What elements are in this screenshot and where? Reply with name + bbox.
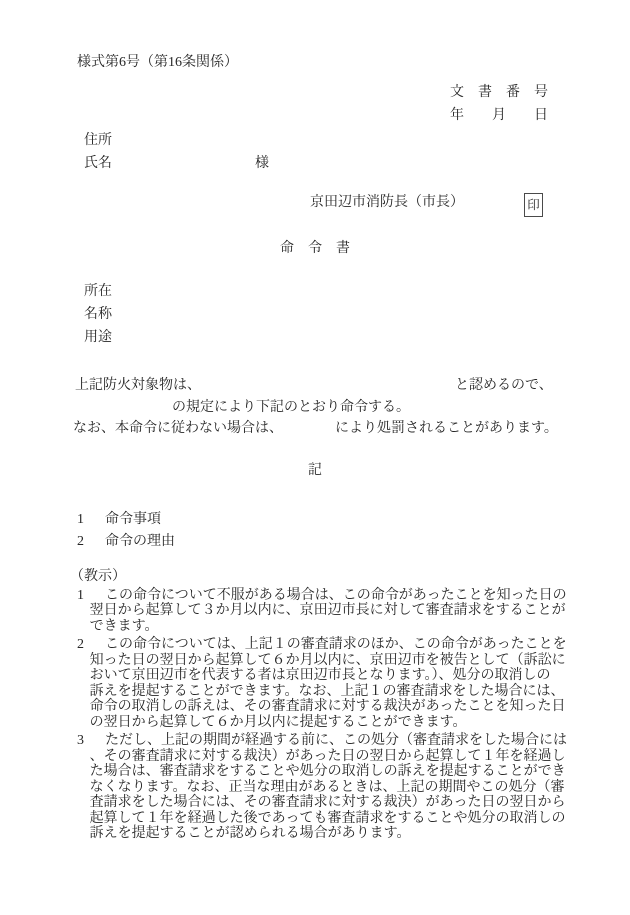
recipient-name-label: 氏名 — [84, 156, 112, 171]
kyoji-item-3-line-6: 起算して１年を経過した後であっても審査請求をすることや処分の取消しの — [77, 811, 567, 827]
kyoji-item-3-line-5: 査請求をした場合には、その審査請求に対する裁決）があった日の翌日から — [77, 795, 567, 811]
date-line: 年 月 日 — [450, 108, 548, 123]
issuer-title: 京田辺市消防長（市長） — [310, 195, 464, 210]
property-location-label: 所在 — [84, 284, 112, 299]
kyoji-item-3-line-3: た場合は、審査請求をすることや処分の取消しの訴えを提起することができ — [77, 764, 567, 780]
kyoji-item-number: 1 — [77, 588, 105, 604]
document-number-label: 文 書 番 号 — [450, 85, 548, 100]
recipient-address-label: 住所 — [84, 133, 112, 148]
kyoji-item-3-line-4: なくなります。なお、正当な理由があるときは、上記の期間やこの処分（審 — [77, 780, 567, 796]
finding-sentence-left: 上記防火対象物は、 — [75, 378, 201, 393]
kyoji-item-2-line-5: 命令の取消しの訴えは、その審査請求に対する裁決があったことを知った日 — [77, 699, 567, 715]
kyoji-item-2-line-6: の翌日から起算して６か月以内に提起することができます。 — [77, 715, 567, 731]
kyoji-item-2: 2この命令については、上記１の審査請求のほか、この命令があったことを知った日の翌… — [77, 637, 567, 730]
order-document-page: 様式第6号（第16条関係） 文 書 番 号 年 月 日 住所 氏名 様 京田辺市… — [0, 0, 630, 915]
order-item-list: 1命令事項2命令の理由 — [77, 509, 175, 553]
penalty-sentence-right: により処罰されることがあります。 — [335, 421, 558, 436]
kyoji-item-1-line-3: できます。 — [77, 619, 567, 635]
order-item: 2命令の理由 — [77, 531, 175, 553]
provision-sentence: の規定により下記のとおり命令する。 — [172, 400, 410, 415]
kyoji-item-1: 1この命令について不服がある場合は、この命令があったことを知った日の翌日から起算… — [77, 588, 567, 635]
kyoji-section: （教示） 1この命令について不服がある場合は、この命令があったことを知った日の翌… — [77, 569, 567, 842]
property-usage-label: 用途 — [84, 330, 112, 345]
form-number-label: 様式第6号（第16条関係） — [77, 55, 238, 70]
document-title: 命 令 書 — [0, 241, 630, 256]
kyoji-item-2-line-4: 訴えを提起することができます。なお、上記１の審査請求をした場合には、 — [77, 684, 567, 700]
kyoji-item-1-line-2: 翌日から起算して３か月以内に、京田辺市長に対して審査請求をすることが — [77, 603, 567, 619]
kyoji-item-2-line-1: 2この命令については、上記１の審査請求のほか、この命令があったことを — [77, 637, 567, 653]
kyoji-item-1-line-1: 1この命令について不服がある場合は、この命令があったことを知った日の — [77, 588, 567, 604]
recipient-honorific: 様 — [255, 156, 269, 171]
finding-sentence-right: と認めるので、 — [455, 378, 553, 393]
penalty-sentence-left: なお、本命令に従わない場合は、 — [73, 421, 283, 436]
kyoji-item-number: 3 — [77, 733, 105, 749]
kyoji-item-2-line-3: おいて京田辺市を代表する者は京田辺市長となります。）、処分の取消しの — [77, 668, 567, 684]
order-item-number: 1 — [77, 509, 105, 531]
kyoji-item-3: 3ただし、上記の期間が経過する前に、この処分（審査請求をした場合には、その審査請… — [77, 733, 567, 842]
kyoji-heading: （教示） — [70, 569, 567, 585]
property-name-label: 名称 — [84, 307, 112, 322]
ki-section-heading: 記 — [0, 463, 630, 478]
order-item-number: 2 — [77, 531, 105, 553]
kyoji-item-number: 2 — [77, 637, 105, 653]
order-item: 1命令事項 — [77, 509, 175, 531]
kyoji-item-3-line-2: 、その審査請求に対する裁決）があった日の翌日から起算して１年を経過し — [77, 749, 567, 765]
kyoji-item-list: 1この命令について不服がある場合は、この命令があったことを知った日の翌日から起算… — [77, 588, 567, 842]
kyoji-item-2-line-2: 知った日の翌日から起算して６か月以内に、京田辺市を被告として（訴訟に — [77, 653, 567, 669]
kyoji-item-3-line-7: 訴えを提起することが認められる場合があります。 — [77, 826, 567, 842]
kyoji-item-3-line-1: 3ただし、上記の期間が経過する前に、この処分（審査請求をした場合には — [77, 733, 567, 749]
seal-stamp-box: 印 — [524, 193, 543, 217]
